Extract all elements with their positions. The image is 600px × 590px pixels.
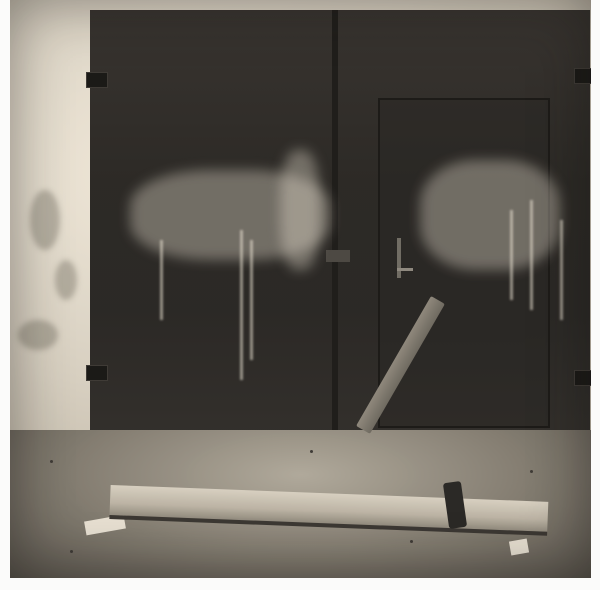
- door-handle-bar: [397, 268, 413, 271]
- chalk-streak: [240, 230, 243, 380]
- debris: [530, 470, 533, 473]
- photograph: [10, 0, 591, 578]
- chalk-streak: [560, 220, 563, 320]
- wall-stain: [55, 260, 77, 300]
- door-seam: [332, 10, 338, 442]
- metal-double-doors: [90, 10, 590, 442]
- chalk-streak: [160, 240, 163, 320]
- hinge: [574, 68, 591, 84]
- chalk-streak: [250, 240, 253, 360]
- debris: [50, 460, 53, 463]
- door-handle: [397, 238, 401, 278]
- debris: [310, 450, 313, 453]
- hinge: [86, 72, 108, 88]
- wall-stain: [18, 320, 58, 350]
- debris: [410, 540, 413, 543]
- chalk-streak: [530, 200, 533, 310]
- hinge: [574, 370, 591, 386]
- debris: [70, 550, 73, 553]
- door-latch: [326, 250, 350, 262]
- wall-stain: [30, 190, 60, 250]
- chalk-streak: [510, 210, 513, 300]
- chalk-smear: [280, 150, 320, 270]
- chalk-smear: [420, 160, 560, 270]
- hinge: [86, 365, 108, 381]
